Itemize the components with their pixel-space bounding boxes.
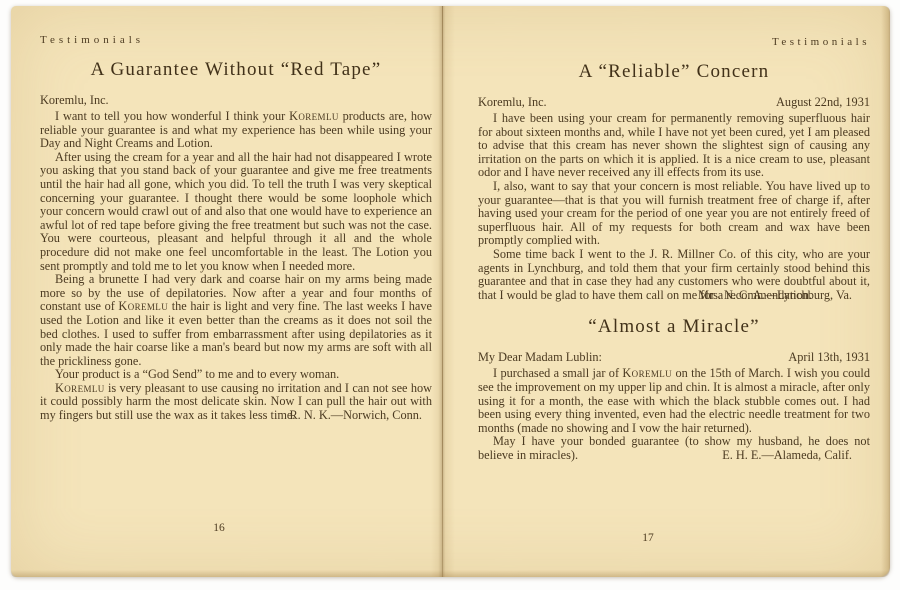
paragraph: I purchased a small jar of Koremlu on th… (478, 367, 870, 435)
right-letter1-salutation: Koremlu, Inc. (478, 95, 547, 109)
right-letter2-title: “Almost a Miracle” (478, 316, 870, 338)
right-page: Testimonials A “Reliable” Concern Koreml… (478, 36, 870, 462)
right-letter2: “Almost a Miracle” My Dear Madam Lublin:… (478, 316, 870, 462)
right-letter2-salutation: My Dear Madam Lublin: (478, 350, 602, 364)
left-page: Testimonials A Guarantee Without “Red Ta… (40, 34, 432, 423)
right-letter2-salutation-row: My Dear Madam Lublin: April 13th, 1931 (478, 350, 870, 364)
running-head-right: Testimonials (478, 36, 870, 48)
right-letter2-date: April 13th, 1931 (788, 350, 870, 364)
scanned-booklet-spread: Testimonials A Guarantee Without “Red Ta… (11, 6, 890, 577)
running-head-left: Testimonials (40, 34, 432, 46)
paragraph: I, also, want to say that your concern i… (478, 180, 870, 248)
right-letter1-title: A “Reliable” Concern (478, 61, 870, 83)
center-fold-crease (442, 6, 443, 577)
paragraph: I want to tell you how wonderful I think… (40, 110, 432, 151)
right-page-edge (881, 6, 890, 577)
paragraph: After using the cream for a year and all… (40, 151, 432, 273)
right-letter1-date: August 22nd, 1931 (776, 95, 870, 109)
page-number-left: 16 (199, 522, 239, 534)
paragraph: Your product is a “God Send” to me and t… (40, 368, 432, 382)
left-salutation: Koremlu, Inc. (40, 93, 109, 107)
left-salutation-row: Koremlu, Inc. (40, 93, 432, 107)
bottom-page-edge (11, 570, 890, 577)
left-letter-title: A Guarantee Without “Red Tape” (40, 59, 432, 81)
right-letter1-body: I have been using your cream for permane… (478, 112, 870, 302)
center-fold-shading (431, 6, 455, 577)
paragraph: I have been using your cream for permane… (478, 112, 870, 180)
left-letter-body: I want to tell you how wonderful I think… (40, 110, 432, 423)
right-letter1-salutation-row: Koremlu, Inc. August 22nd, 1931 (478, 95, 870, 109)
page-number-right: 17 (628, 532, 668, 544)
paragraph: Being a brunette I had very dark and coa… (40, 273, 432, 368)
